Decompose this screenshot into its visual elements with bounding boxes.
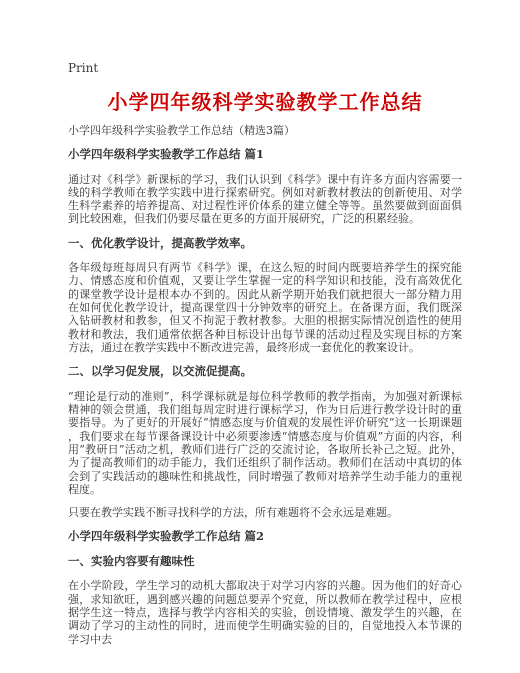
article-subtitle: 小学四年级科学实验教学工作总结（精选3篇） xyxy=(68,124,462,137)
section-heading: 小学四年级科学实验教学工作总结 篇1 xyxy=(68,148,462,162)
section-heading: 一、优化教学设计，提高教学效率。 xyxy=(68,237,462,251)
paragraph: 通过对《科学》新课标的学习，我们认识到《科学》课中有许多方面内容需要一线的科学教… xyxy=(68,173,462,226)
section-heading: 二、以学习促发展，以交流促提高。 xyxy=(68,365,462,379)
article-body: 小学四年级科学实验教学工作总结 篇1通过对《科学》新课标的学习，我们认识到《科学… xyxy=(68,148,462,646)
paragraph: “理论是行动的准则”，科学课标就是每位科学教师的教学指南，为加强对新课标精神的领… xyxy=(68,390,462,496)
paragraph: 在小学阶段，学生学习的动机大都取决于对学习内容的兴趣。因为他们的好奇心强，求知欲… xyxy=(68,579,462,645)
paragraph: 只要在教学实践不断寻找科学的方法，所有难题将不会永远是难题。 xyxy=(68,506,462,519)
article-title: 小学四年级科学实验教学工作总结 xyxy=(68,91,462,113)
section-heading: 小学四年级科学实验教学工作总结 篇2 xyxy=(68,530,462,544)
print-link[interactable]: Print xyxy=(68,62,98,75)
document-page: Print 小学四年级科学实验教学工作总结 小学四年级科学实验教学工作总结（精选… xyxy=(0,0,520,673)
paragraph: 各年级每班每周只有两节《科学》课，在这么短的时间内既要培养学生的探究能力、情感态… xyxy=(68,261,462,354)
section-heading: 一、实验内容要有趣味性 xyxy=(68,555,462,569)
